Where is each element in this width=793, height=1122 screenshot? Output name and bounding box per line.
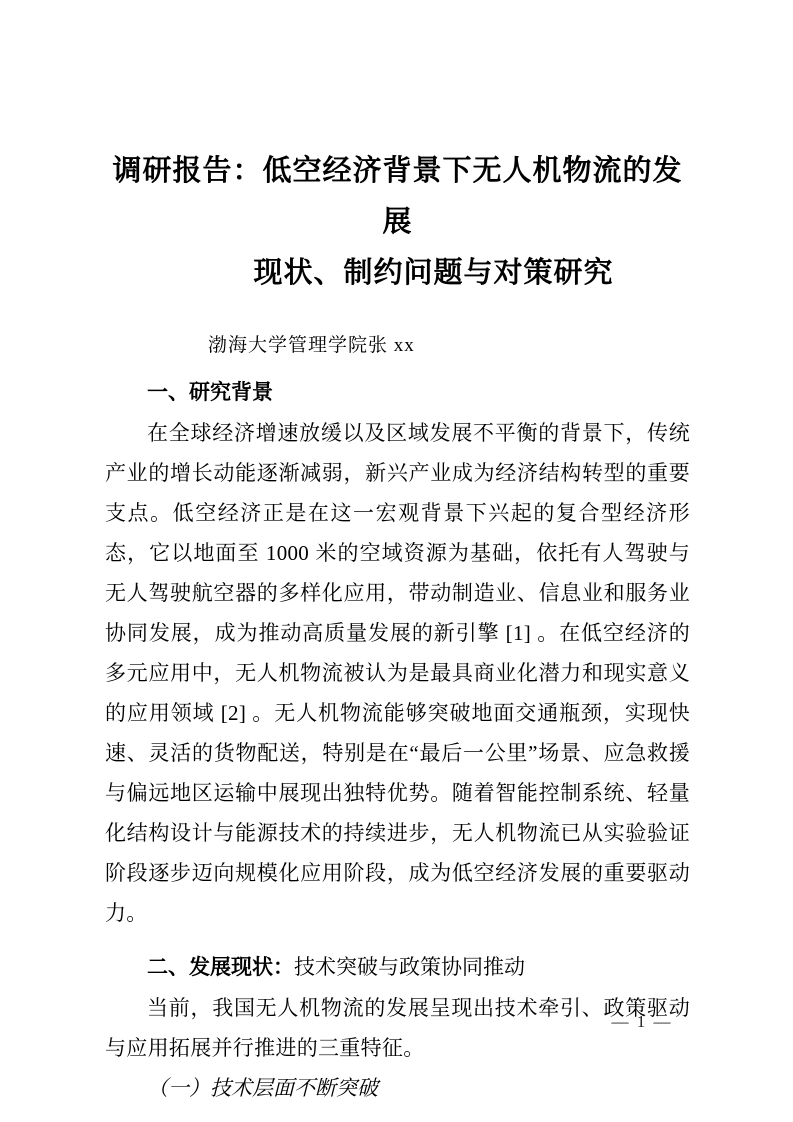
paragraph-research-background: 在全球经济增速放缓以及区域发展不平衡的背景下，传统产业的增长动能逐渐减弱，新兴产…	[105, 413, 690, 933]
section-heading-development-status: 二、发展现状：技术突破与政策协同推动	[105, 947, 690, 988]
section-heading-research-background: 一、研究背景	[105, 373, 690, 413]
document-title-line2: 现状、制约问题与对策研究	[141, 248, 726, 299]
subheading-technology-breakthrough: （一）技术层面不断突破	[105, 1068, 690, 1108]
section-heading-development-status-emphasis: 二、发展现状：	[147, 956, 294, 979]
page-number: — 1 —	[596, 1012, 688, 1032]
document-page: 调研报告：低空经济背景下无人机物流的发展 现状、制约问题与对策研究 渤海大学管理…	[0, 0, 793, 1122]
document-title: 调研报告：低空经济背景下无人机物流的发展 现状、制约问题与对策研究	[105, 146, 690, 299]
document-title-line1: 调研报告：低空经济背景下无人机物流的发展	[112, 155, 682, 238]
section-heading-development-status-tail: 技术突破与政策协同推动	[294, 955, 525, 979]
author-line: 渤海大学管理学院张 xx	[105, 333, 690, 359]
document-content: 调研报告：低空经济背景下无人机物流的发展 现状、制约问题与对策研究 渤海大学管理…	[105, 0, 690, 1108]
